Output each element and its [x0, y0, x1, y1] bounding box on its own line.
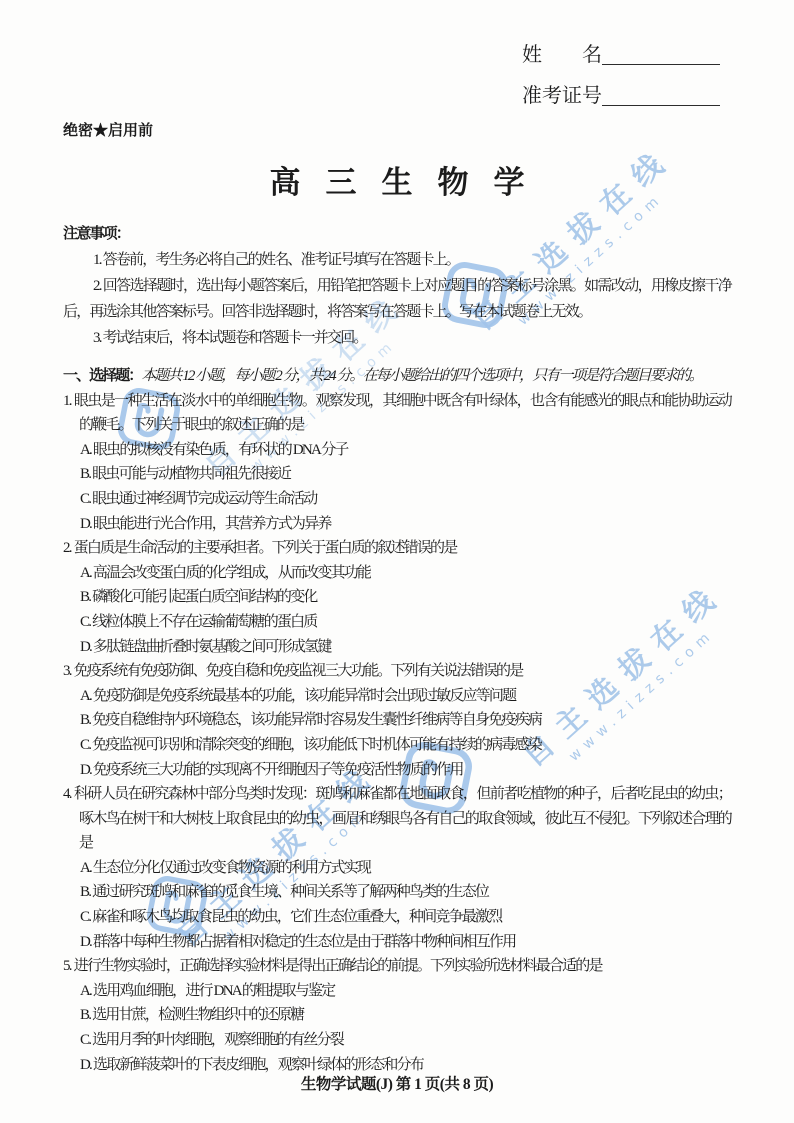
option-line: C. 线粒体膜上不存在运输葡萄糖的蛋白质 [63, 610, 731, 635]
question-stem: 1.眼虫是一种生活在淡水中的单细胞生物。观察发现，其细胞中既含有叶绿体，也含有能… [63, 389, 731, 438]
question-stem: 4.科研人员在研究森林中部分鸟类时发现：斑鸠和麻雀都在地面取食，但前者吃植物的种… [63, 782, 731, 856]
option-line: A. 高温会改变蛋白质的化学组成，从而改变其功能 [63, 561, 731, 586]
option-line: B. 磷酸化可能引起蛋白质空间结构的变化 [63, 585, 731, 610]
question-text: 进行生物实验时，正确选择实验材料是得出正确结论的前提。下列实验所选材料最合适的是 [74, 958, 602, 974]
notice-item: 2. 回答选择题时，选出每小题答案后，用铅笔把答题卡上对应题目的答案标号涂黑。如… [63, 273, 731, 325]
questions: 1.眼虫是一种生活在淡水中的单细胞生物。观察发现，其细胞中既含有叶绿体，也含有能… [63, 389, 731, 1078]
exam-title: 高三生物学 [0, 157, 794, 202]
question-number: 5. [63, 958, 74, 974]
option-line: D. 眼虫能进行光合作用，其营养方式为异养 [63, 512, 731, 537]
name-field-label: 姓 名 [522, 44, 602, 66]
question-text: 免疫系统有免疫防御、免疫自稳和免疫监视三大功能。下列有关说法错误的是 [74, 663, 523, 679]
question-text: 蛋白质是生命活动的主要承担者。下列关于蛋白质的叙述错误的是 [74, 540, 457, 556]
option-line: C. 麻雀和啄木鸟均取食昆虫的幼虫，它们生态位重叠大，种间竞争最激烈 [63, 905, 731, 930]
exam-number-field: 准考证号 [522, 79, 720, 108]
question-stem: 5.进行生物实验时，正确选择实验材料是得出正确结论的前提。下列实验所选材料最合适… [63, 954, 731, 979]
notice-item: 1. 答卷前，考生务必将自己的姓名、准考证号填写在答题卡上。 [63, 247, 731, 273]
option-line: B. 免疫自稳维持内环境稳态，该功能异常时容易发生囊性纤维病等自身免疫疾病 [63, 708, 731, 733]
option-line: C. 免疫监视可识别和清除突变的细胞，该功能低下时机体可能有持续的病毒感染 [63, 733, 731, 758]
option-line: D. 免疫系统三大功能的实现离不开细胞因子等免疫活性物质的作用 [63, 758, 731, 783]
question-number: 2. [63, 540, 74, 556]
option-line: A. 生态位分化仅通过改变食物资源的利用方式实现 [63, 856, 731, 881]
option-line: D. 多肽链盘曲折叠时氨基酸之间可形成氢键 [63, 635, 731, 660]
exam-paper-page: 自主选拔在线 www.zizzs.com 自主选拔在线 www.zizzs.co… [0, 0, 794, 1123]
option-line: C. 眼虫通过神经调节完成运动等生命活动 [63, 487, 731, 512]
question-text: 科研人员在研究森林中部分鸟类时发现：斑鸠和麻雀都在地面取食，但前者吃植物的种子，… [74, 786, 731, 851]
name-field-underline [602, 44, 720, 65]
question-number: 1. [63, 393, 74, 409]
option-line: A. 选用鸡血细胞，进行 DNA 的粗提取与鉴定 [63, 979, 731, 1004]
section-heading: 一、选择题：本题共 12 小题，每小题 2 分，共 24 分。在每小题给出的四个… [63, 364, 731, 389]
exam-body: 注意事项： 1. 答卷前，考生务必将自己的姓名、准考证号填写在答题卡上。 2. … [63, 221, 731, 1077]
option-line: B. 眼虫可能与动植物共同祖先很接近 [63, 462, 731, 487]
secrecy-notice: 绝密★启用前 [63, 119, 153, 140]
option-line: B. 选用甘蔗，检测生物组织中的还原糖 [63, 1003, 731, 1028]
page-footer: 生物学试题(J) 第 1 页(共 8 页) [0, 1072, 794, 1094]
question-stem: 3.免疫系统有免疫防御、免疫自稳和免疫监视三大功能。下列有关说法错误的是 [63, 659, 731, 684]
option-line: A. 免疫防御是免疫系统最基本的功能，该功能异常时会出现过敏反应等问题 [63, 684, 731, 709]
section-heading-instructions: 本题共 12 小题，每小题 2 分，共 24 分。在每小题给出的四个选项中，只有… [141, 368, 702, 384]
name-field: 姓 名 [522, 38, 720, 67]
question-stem: 2.蛋白质是生命活动的主要承担者。下列关于蛋白质的叙述错误的是 [63, 536, 731, 561]
question-text: 眼虫是一种生活在淡水中的单细胞生物。观察发现，其细胞中既含有叶绿体，也含有能感光… [74, 393, 731, 434]
notice-item: 3. 考试结束后，将本试题卷和答题卡一并交回。 [63, 325, 731, 351]
exam-number-underline [602, 85, 720, 106]
exam-number-label: 准考证号 [522, 85, 602, 107]
section-heading-label: 一、选择题： [63, 368, 141, 384]
option-line: C. 选用月季的叶肉细胞，观察细胞的有丝分裂 [63, 1028, 731, 1053]
notice-heading: 注意事项： [63, 221, 731, 247]
option-line: B. 通过研究斑鸠和麻雀的觅食生境、种间关系等了解两种鸟类的生态位 [63, 880, 731, 905]
question-number: 4. [63, 786, 74, 802]
option-line: D. 群落中每种生物都占据着相对稳定的生态位是由于群落中物种间相互作用 [63, 930, 731, 955]
option-line: A. 眼虫的拟核没有染色质，有环状的 DNA 分子 [63, 438, 731, 463]
question-number: 3. [63, 663, 74, 679]
